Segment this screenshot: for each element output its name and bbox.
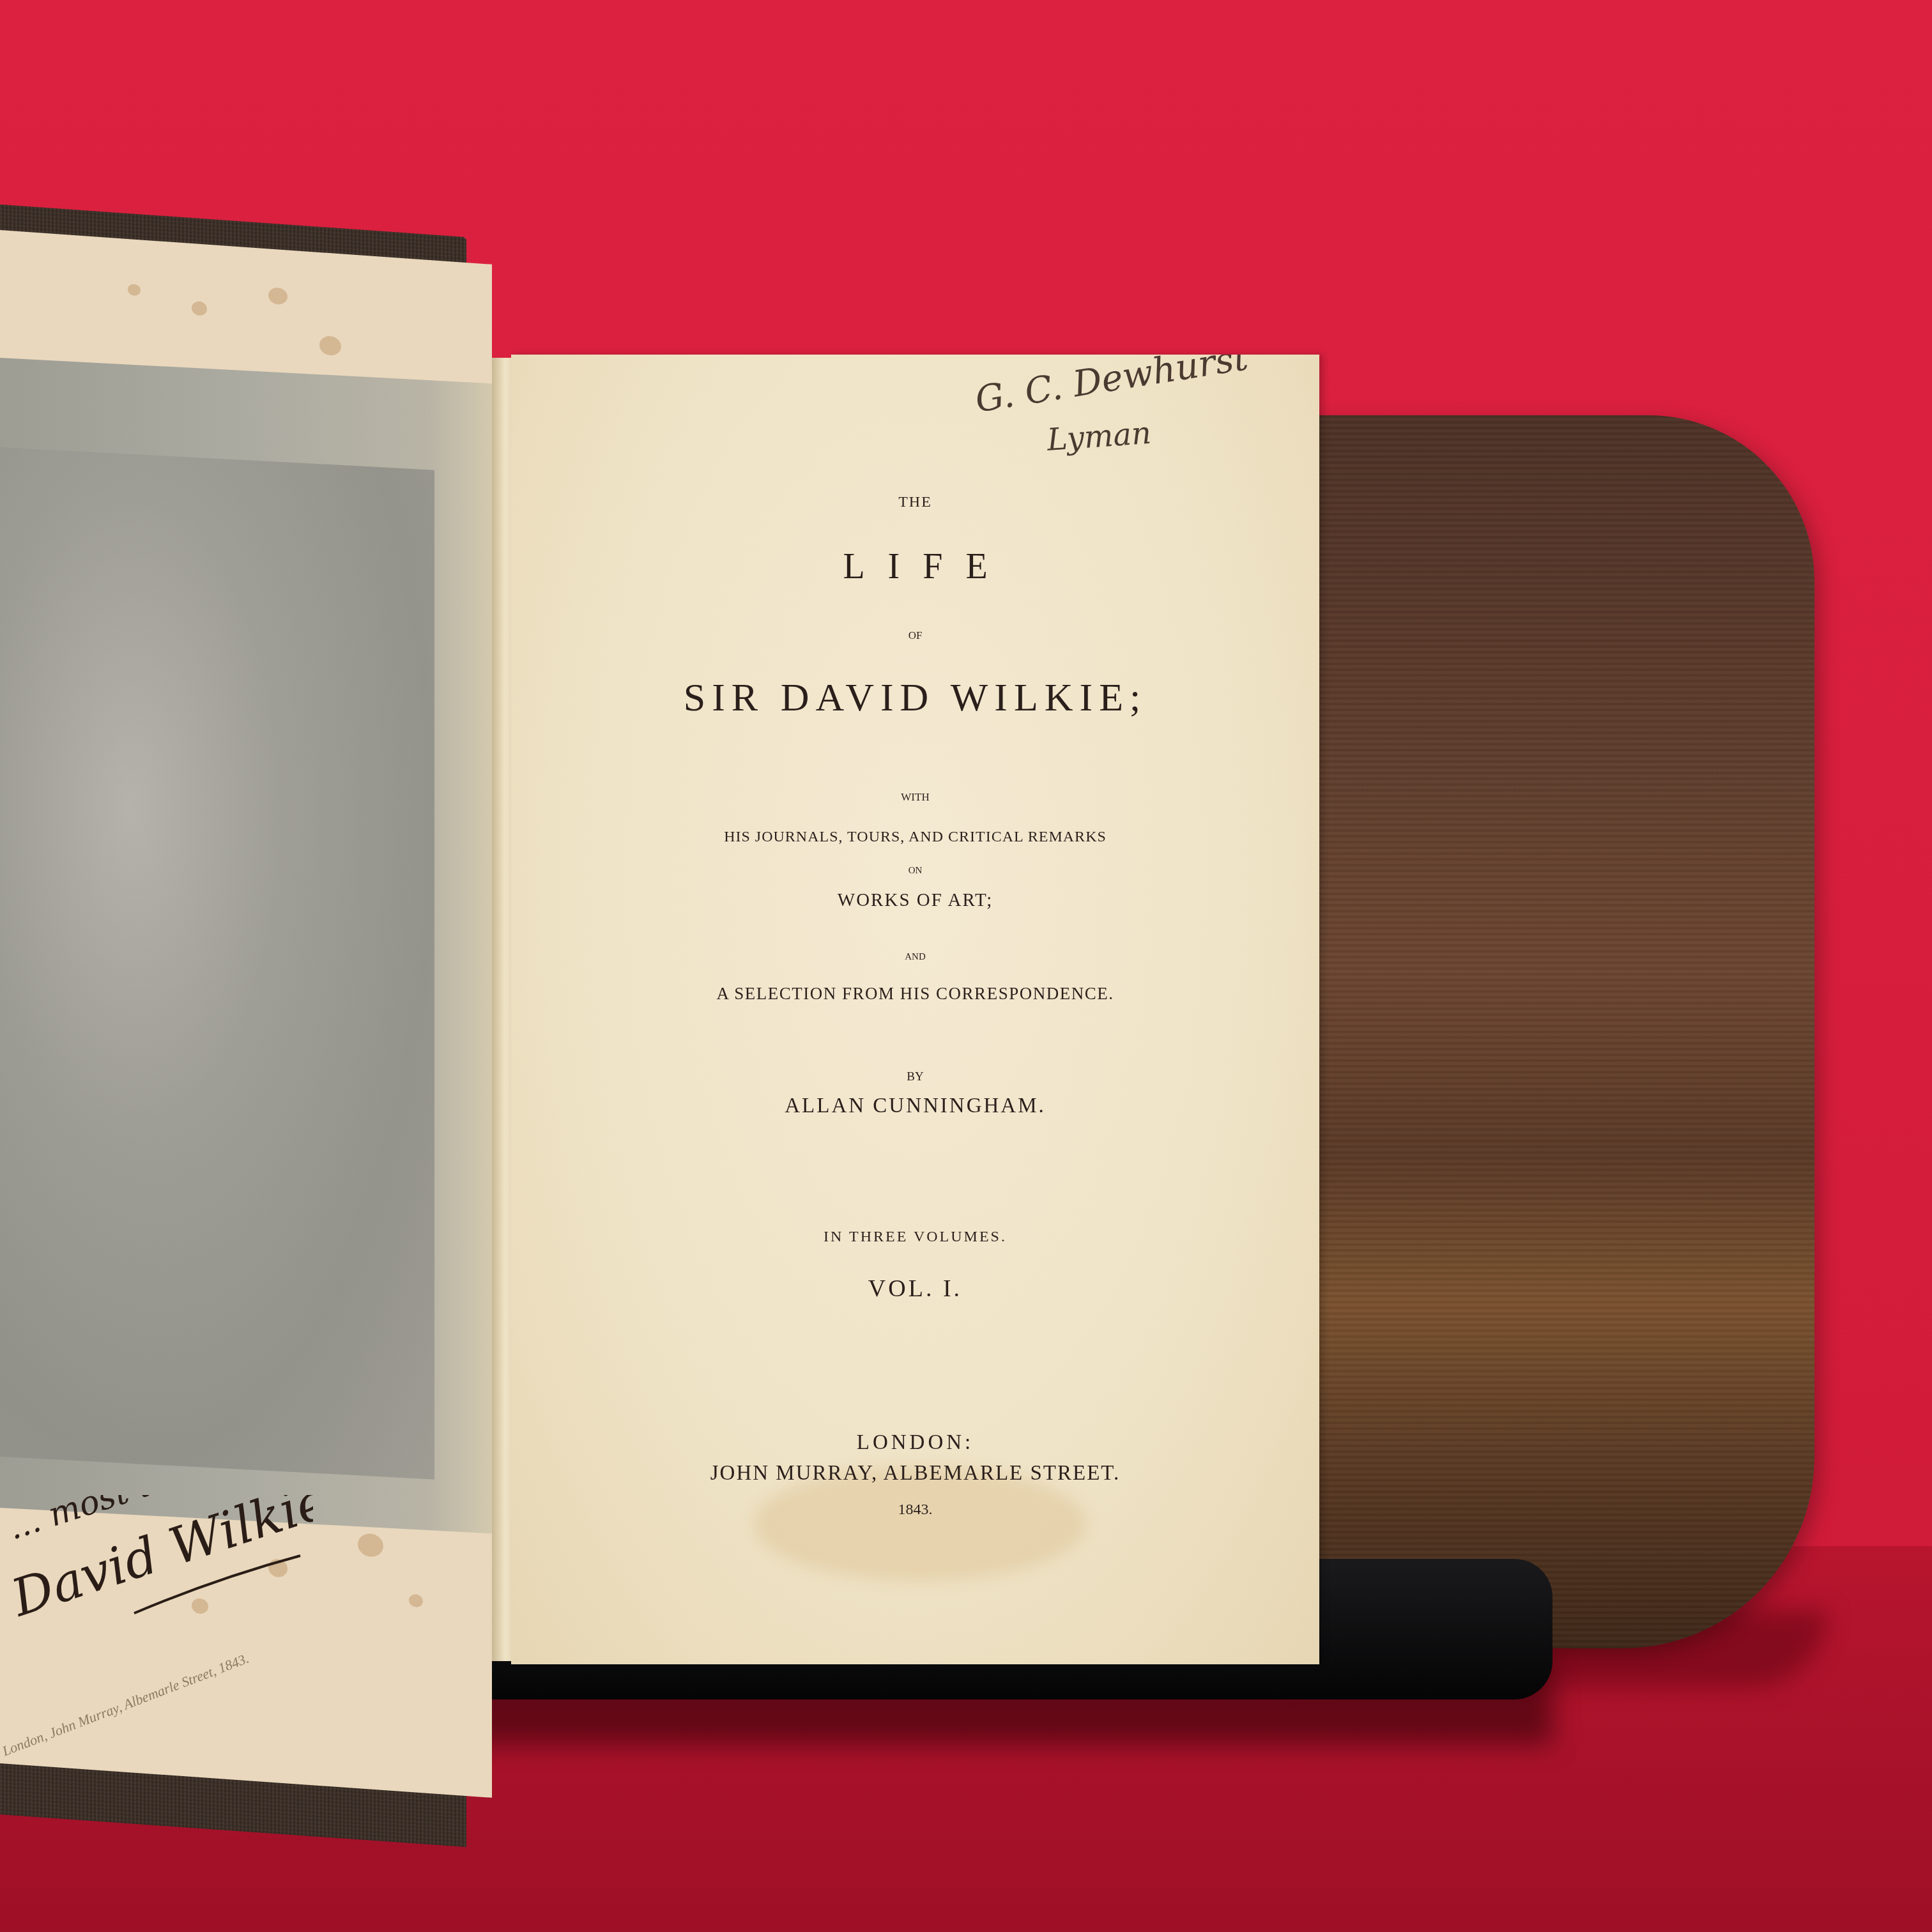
subtitle-journals: HIS JOURNALS, TOURS, AND CRITICAL REMARK… — [511, 829, 1319, 846]
foxing-spot — [319, 335, 341, 356]
foxing-spot — [409, 1594, 423, 1608]
foxing-spot — [268, 287, 287, 305]
subtitle-works: WORKS OF ART; — [511, 890, 1319, 911]
foxing-spot — [358, 1533, 383, 1558]
title-of: OF — [511, 629, 1319, 642]
subtitle-on: ON — [511, 866, 1319, 877]
svg-text:G. C. Dewhurst: G. C. Dewhurst — [972, 355, 1251, 421]
volume-number: VOL. I. — [511, 1275, 1319, 1303]
title-page: G. C. Dewhurst Lyman THE LIFE OF SIR DAV… — [511, 355, 1319, 1664]
imprint-city: LONDON: — [511, 1431, 1319, 1455]
foxing-spot — [128, 284, 141, 296]
author-name: ALLAN CUNNINGHAM. — [511, 1094, 1319, 1118]
wilkie-signature: ... most truly David Wilkie — [6, 1495, 313, 1642]
subtitle-and: AND — [511, 952, 1319, 963]
subtitle-with: WITH — [511, 791, 1319, 804]
byline-by: BY — [511, 1070, 1319, 1084]
frontispiece-portrait — [0, 447, 434, 1480]
volumes-note: IN THREE VOLUMES. — [511, 1229, 1319, 1246]
title-subject: SIR DAVID WILKIE; — [511, 675, 1319, 721]
imprint-publisher: JOHN MURRAY, ALBEMARLE STREET. — [511, 1462, 1319, 1485]
imprint-year: 1843. — [511, 1501, 1319, 1519]
title-the: THE — [511, 494, 1319, 511]
title-life: LIFE — [511, 546, 1319, 587]
wooden-book-stand — [1252, 415, 1814, 1648]
svg-text:Lyman: Lyman — [1045, 415, 1153, 458]
foxing-spot — [192, 301, 207, 316]
subtitle-selection: A SELECTION FROM HIS CORRESPONDENCE. — [511, 984, 1319, 1004]
owner-signature: G. C. Dewhurst Lyman — [958, 355, 1291, 463]
